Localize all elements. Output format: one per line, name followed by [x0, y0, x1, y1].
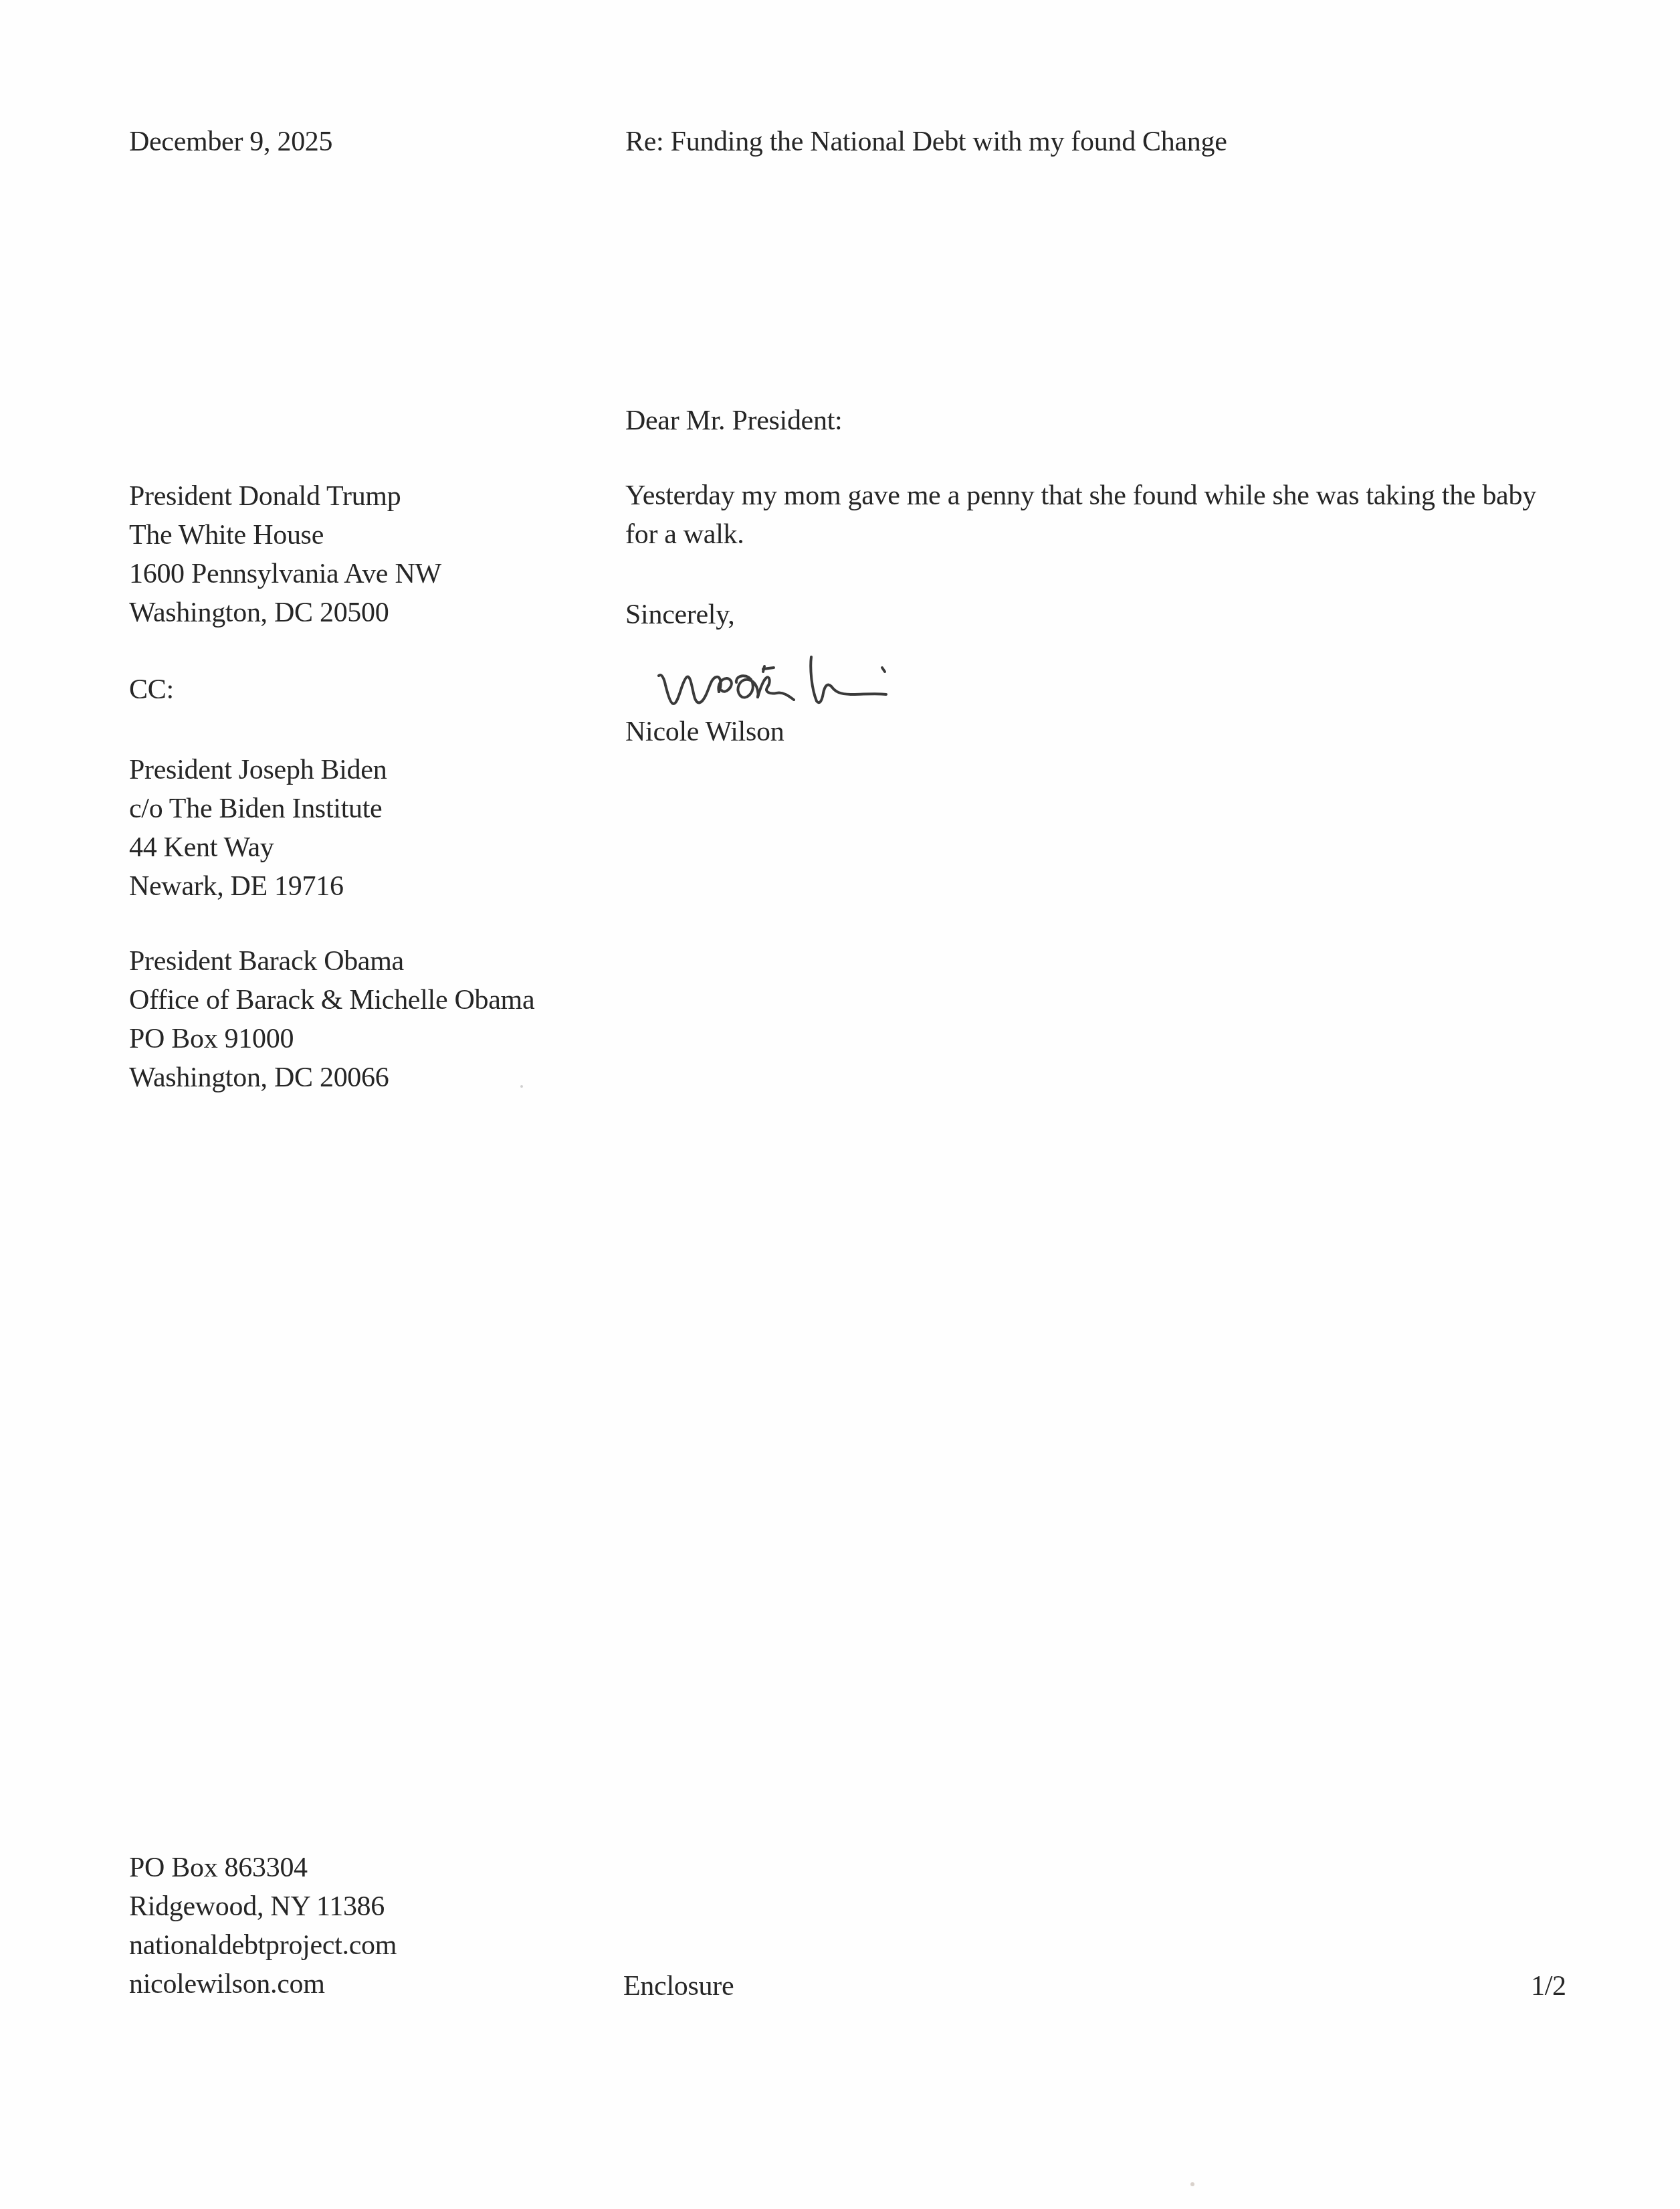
cc-recipient-address: President Joseph Biden c/o The Biden Ins… [129, 751, 387, 906]
cc-recipient-address: President Barack Obama Office of Barack … [129, 942, 534, 1097]
cc-recipient-line: Washington, DC 20066 [129, 1058, 534, 1097]
recipient-line: Washington, DC 20500 [129, 593, 441, 632]
sender-website: nationaldebtproject.com [129, 1926, 397, 1965]
letter-body: Yesterday my mom gave me a penny that sh… [625, 476, 1536, 554]
cc-label: CC: [129, 670, 174, 709]
page-number: 1/2 [1531, 1967, 1566, 2006]
cc-recipient-line: 44 Kent Way [129, 828, 387, 867]
letter-date: December 9, 2025 [129, 122, 332, 161]
cc-recipient-name: President Joseph Biden [129, 751, 387, 789]
recipient-address: President Donald Trump The White House 1… [129, 477, 441, 632]
letter-subject: Re: Funding the National Debt with my fo… [625, 122, 1227, 161]
signature-icon [652, 634, 946, 714]
recipient-line: 1600 Pennsylvania Ave NW [129, 555, 441, 593]
cc-recipient-line: c/o The Biden Institute [129, 789, 387, 828]
body-line: for a walk. [625, 515, 1536, 554]
closing: Sincerely, [625, 595, 734, 634]
sender-line: Ridgewood, NY 11386 [129, 1887, 397, 1926]
sender-address: PO Box 863304 Ridgewood, NY 11386 nation… [129, 1848, 397, 2004]
salutation: Dear Mr. President: [625, 401, 842, 440]
scan-speck [1190, 2182, 1194, 2186]
cc-recipient-name: President Barack Obama [129, 942, 534, 981]
cc-recipient-line: PO Box 91000 [129, 1020, 534, 1058]
recipient-name: President Donald Trump [129, 477, 441, 516]
body-line: Yesterday my mom gave me a penny that sh… [625, 476, 1536, 515]
scan-speck [520, 1085, 523, 1088]
sender-line: PO Box 863304 [129, 1848, 397, 1887]
cc-recipient-line: Office of Barack & Michelle Obama [129, 981, 534, 1020]
signer-name: Nicole Wilson [625, 712, 784, 751]
letter-page: December 9, 2025 Re: Funding the Nationa… [0, 0, 1680, 2209]
cc-recipient-line: Newark, DE 19716 [129, 867, 387, 906]
sender-website: nicolewilson.com [129, 1965, 397, 2004]
recipient-line: The White House [129, 516, 441, 555]
enclosure-note: Enclosure [623, 1967, 734, 2006]
